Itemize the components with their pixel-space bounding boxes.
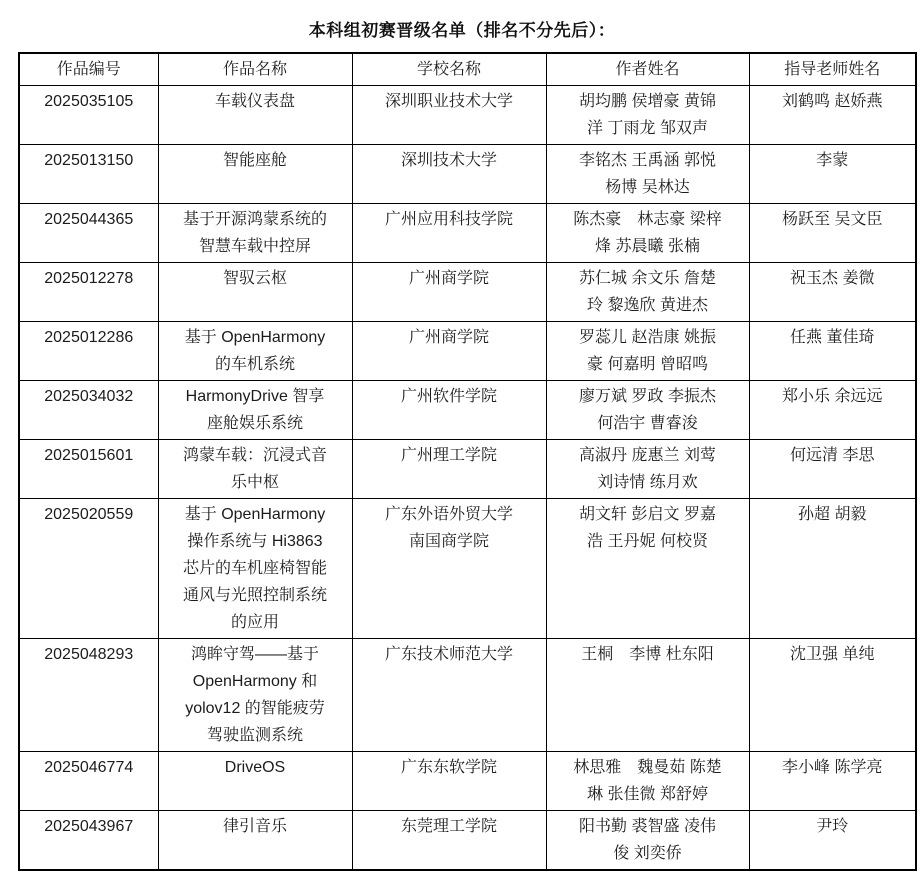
table-row: 2025046774DriveOS广东东软学院林思雅 魏曼茹 陈楚 琳 张佳微 … [19,751,916,810]
cell-work-id: 2025046774 [19,751,158,810]
cell-work-name: 车载仪表盘 [158,85,352,144]
column-header-work-id: 作品编号 [19,53,158,85]
cell-author-names: 阳书勤 裘智盛 凌伟 俊 刘奕侨 [546,810,749,870]
table-row: 2025020559基于 OpenHarmony 操作系统与 Hi3863 芯片… [19,498,916,638]
cell-school-name: 广州软件学院 [352,380,546,439]
cell-advisor-names: 任燕 董佳琦 [749,321,916,380]
column-header-author-names: 作者姓名 [546,53,749,85]
column-header-advisor-names: 指导老师姓名 [749,53,916,85]
cell-advisor-names: 祝玉杰 姜微 [749,262,916,321]
cell-work-name: 鸿眸守驾——基于 OpenHarmony 和 yolov12 的智能疲劳 驾驶监… [158,638,352,751]
cell-work-id: 2025044365 [19,203,158,262]
table-row: 2025044365基于开源鸿蒙系统的 智慧车载中控屏广州应用科技学院陈杰豪 林… [19,203,916,262]
cell-advisor-names: 郑小乐 余远远 [749,380,916,439]
page-title: 本科组初赛晋级名单（排名不分先后）： [0,0,924,41]
cell-advisor-names: 孙超 胡毅 [749,498,916,638]
cell-work-name: DriveOS [158,751,352,810]
cell-work-name: 鸿蒙车载：沉浸式音 乐中枢 [158,439,352,498]
table-row: 2025034032HarmonyDrive 智享 座舱娱乐系统广州软件学院廖万… [19,380,916,439]
cell-school-name: 广东技术师范大学 [352,638,546,751]
cell-work-id: 2025043967 [19,810,158,870]
table-row: 2025012286基于 OpenHarmony 的车机系统广州商学院罗蕊儿 赵… [19,321,916,380]
table-row: 2025015601鸿蒙车载：沉浸式音 乐中枢广州理工学院高淑丹 庞惠兰 刘莺 … [19,439,916,498]
column-header-work-name: 作品名称 [158,53,352,85]
cell-work-id: 2025013150 [19,144,158,203]
document-page: 本科组初赛晋级名单（排名不分先后）： 作品编号 作品名称 学校名称 作者姓名 指… [0,0,924,876]
cell-school-name: 广东外语外贸大学 南国商学院 [352,498,546,638]
cell-author-names: 陈杰豪 林志豪 梁梓 烽 苏晨曦 张楠 [546,203,749,262]
cell-work-name: HarmonyDrive 智享 座舱娱乐系统 [158,380,352,439]
cell-work-id: 2025020559 [19,498,158,638]
cell-work-name: 律引音乐 [158,810,352,870]
cell-advisor-names: 尹玲 [749,810,916,870]
cell-author-names: 胡文轩 彭启文 罗嘉 浩 王丹妮 何校贤 [546,498,749,638]
cell-school-name: 广州商学院 [352,262,546,321]
promotion-table: 作品编号 作品名称 学校名称 作者姓名 指导老师姓名 2025035105车载仪… [18,52,917,871]
table-row: 2025048293鸿眸守驾——基于 OpenHarmony 和 yolov12… [19,638,916,751]
cell-work-name: 智驭云枢 [158,262,352,321]
table-row: 2025043967律引音乐东莞理工学院阳书勤 裘智盛 凌伟 俊 刘奕侨尹玲 [19,810,916,870]
cell-work-name: 基于 OpenHarmony 的车机系统 [158,321,352,380]
cell-school-name: 广东东软学院 [352,751,546,810]
cell-advisor-names: 李蒙 [749,144,916,203]
cell-author-names: 王桐 李博 杜东阳 [546,638,749,751]
cell-advisor-names: 刘鹤鸣 赵娇燕 [749,85,916,144]
cell-author-names: 罗蕊儿 赵浩康 姚振 豪 何嘉明 曾昭鸣 [546,321,749,380]
cell-advisor-names: 何远清 李思 [749,439,916,498]
cell-advisor-names: 杨跃至 吴文臣 [749,203,916,262]
cell-work-id: 2025012286 [19,321,158,380]
cell-school-name: 东莞理工学院 [352,810,546,870]
cell-school-name: 深圳技术大学 [352,144,546,203]
cell-work-id: 2025012278 [19,262,158,321]
cell-work-id: 2025015601 [19,439,158,498]
column-header-school-name: 学校名称 [352,53,546,85]
cell-school-name: 广州商学院 [352,321,546,380]
table-row: 2025013150智能座舱深圳技术大学李铭杰 王禹涵 郭悦 杨博 吴林达李蒙 [19,144,916,203]
cell-school-name: 广州理工学院 [352,439,546,498]
cell-author-names: 廖万斌 罗政 李振杰 何浩宇 曹睿浚 [546,380,749,439]
table-row: 2025012278智驭云枢广州商学院苏仁城 余文乐 詹楚 玲 黎逸欣 黄进杰祝… [19,262,916,321]
table-row: 2025035105车载仪表盘深圳职业技术大学胡均鹏 侯增豪 黄锦 洋 丁雨龙 … [19,85,916,144]
cell-work-id: 2025048293 [19,638,158,751]
table-body: 2025035105车载仪表盘深圳职业技术大学胡均鹏 侯增豪 黄锦 洋 丁雨龙 … [19,85,916,870]
cell-author-names: 苏仁城 余文乐 詹楚 玲 黎逸欣 黄进杰 [546,262,749,321]
cell-advisor-names: 李小峰 陈学亮 [749,751,916,810]
cell-author-names: 胡均鹏 侯增豪 黄锦 洋 丁雨龙 邹双声 [546,85,749,144]
cell-work-name: 智能座舱 [158,144,352,203]
cell-school-name: 广州应用科技学院 [352,203,546,262]
cell-author-names: 高淑丹 庞惠兰 刘莺 刘诗情 练月欢 [546,439,749,498]
cell-school-name: 深圳职业技术大学 [352,85,546,144]
cell-advisor-names: 沈卫强 单纯 [749,638,916,751]
cell-author-names: 林思雅 魏曼茹 陈楚 琳 张佳微 郑舒婷 [546,751,749,810]
cell-work-name: 基于开源鸿蒙系统的 智慧车载中控屏 [158,203,352,262]
cell-work-id: 2025034032 [19,380,158,439]
cell-work-id: 2025035105 [19,85,158,144]
header-row: 作品编号 作品名称 学校名称 作者姓名 指导老师姓名 [19,53,916,85]
cell-author-names: 李铭杰 王禹涵 郭悦 杨博 吴林达 [546,144,749,203]
cell-work-name: 基于 OpenHarmony 操作系统与 Hi3863 芯片的车机座椅智能 通风… [158,498,352,638]
